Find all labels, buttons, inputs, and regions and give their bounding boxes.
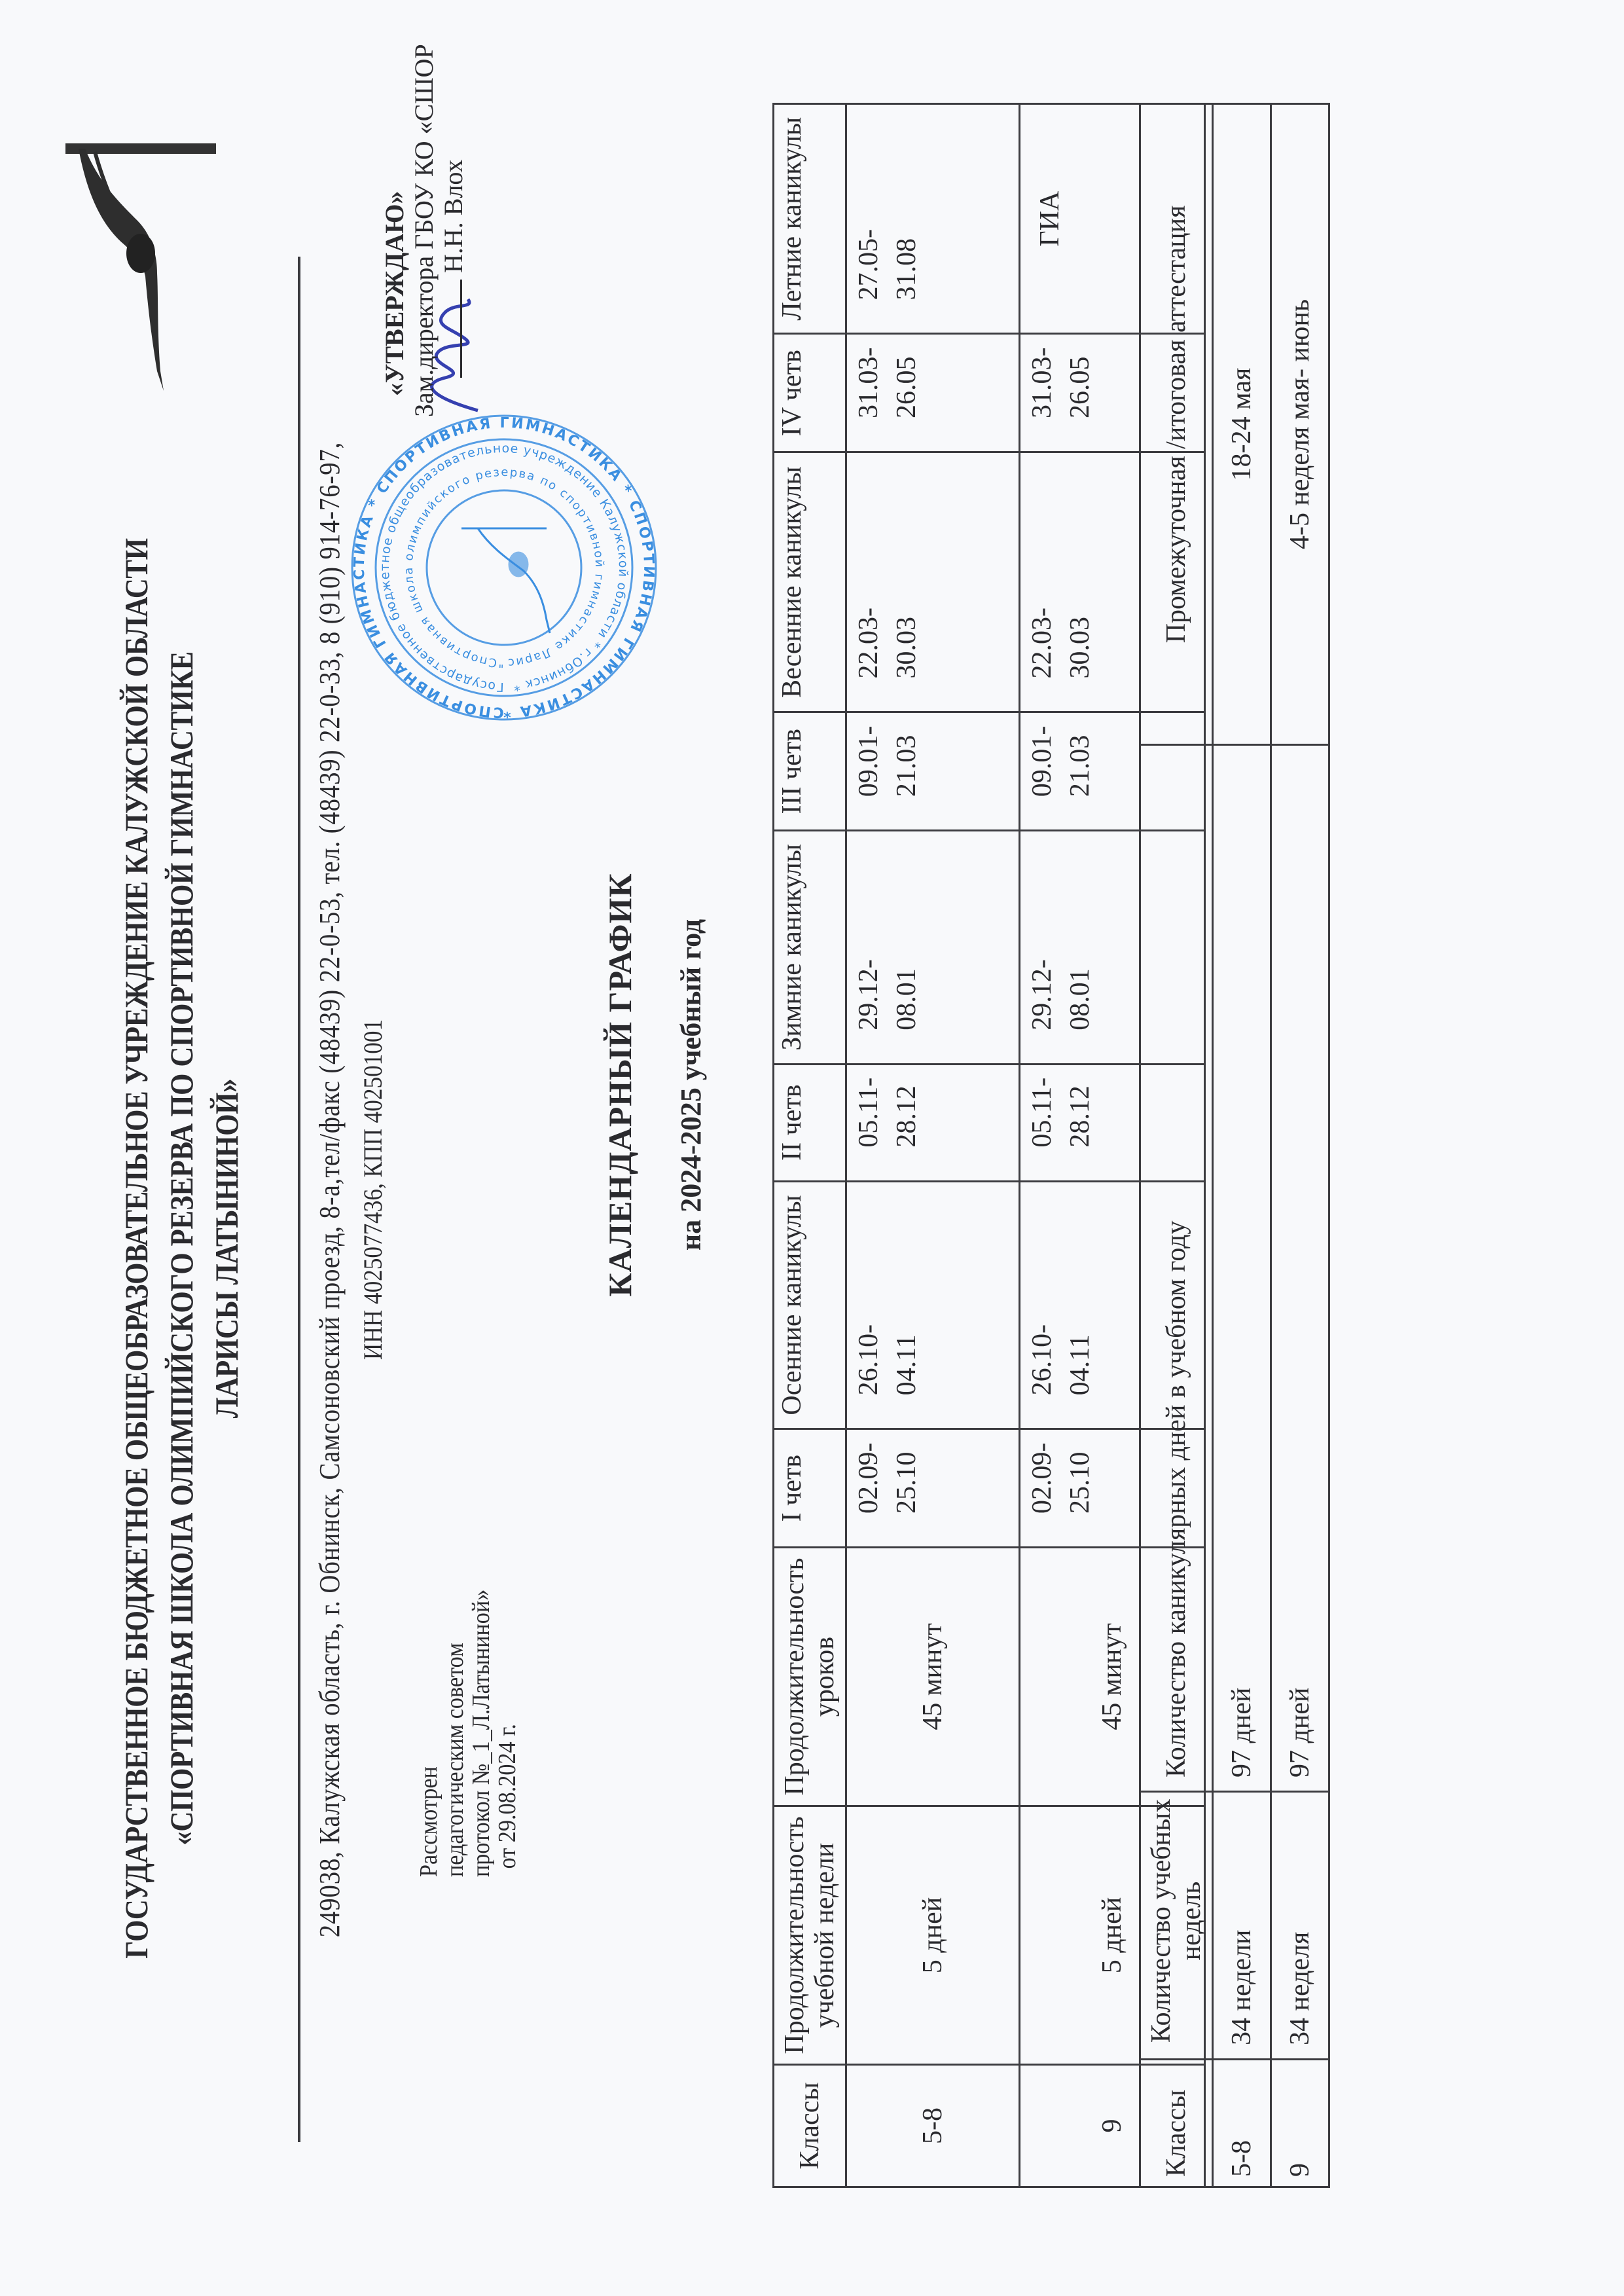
org-address: 249038, Калужская область, г. Обнинск, С… <box>313 354 346 2025</box>
q4-cell: 31.03-26.05 <box>846 334 1020 452</box>
review-line-1: Рассмотрен <box>416 1590 442 1877</box>
spring-holiday-cell: 22.03-30.03 <box>846 452 1020 712</box>
approval-block: «УТВЕРЖДАЮ» Зам.директора ГБОУ КО «СШОР … <box>380 0 468 417</box>
signature-line <box>460 280 462 378</box>
weeks-cell: 34 недели <box>1213 1792 1271 2060</box>
header-divider <box>298 257 300 2142</box>
document-title: КАЛЕНДАРНЫЙ ГРАФИК <box>601 823 639 1347</box>
document-subtitle: на 2024-2025 учебный год <box>674 823 708 1347</box>
summary-header-row: Классы Количество учебных недель Количес… <box>1140 104 1213 2187</box>
header-cell: I четв <box>774 1429 846 1548</box>
q1-cell: 02.09-25.10 <box>846 1429 1020 1548</box>
header-cell: II четв <box>774 1064 846 1181</box>
org-name-line-2: «СПОРТИВНАЯ ШКОЛА ОЛИМПИЙСКОГО РЕЗЕРВА П… <box>160 460 203 2037</box>
summer-holiday-cell: 27.05-31.08 <box>846 104 1020 334</box>
approval-position: Зам.директора ГБОУ КО «СШОР <box>409 0 439 417</box>
svg-text:СПОРТИВНАЯ ГИМНАСТИКА * СПОРТИ: СПОРТИВНАЯ ГИМНАСТИКА * СПОРТИВНАЯ ГИМНА… <box>352 415 657 720</box>
header-cell: Количество учебных недель <box>1140 1792 1213 2060</box>
schedule-header-row: Классы Продолжительность учебной недели … <box>774 104 846 2187</box>
header-cell: Промежуточная /итоговая аттестация <box>1140 104 1213 745</box>
approval-name: Н.Н. Влох <box>439 160 468 273</box>
week-length-cell: 5 дней <box>846 1806 1020 2065</box>
header-cell: Классы <box>774 2065 846 2187</box>
document-page: ГОСУДАРСТВЕННОЕ БЮДЖЕТНОЕ ОБЩЕОБРАЗОВАТЕ… <box>0 0 1624 2296</box>
classes-cell: 5-8 <box>1213 2060 1271 2187</box>
summary-table: Классы Количество учебных недель Количес… <box>1139 103 1330 2188</box>
header-cell: Классы <box>1140 2060 1213 2187</box>
attestation-cell: 18-24 мая <box>1213 104 1271 745</box>
table-row: 5-8 34 недели 97 дней 18-24 мая <box>1213 104 1271 2187</box>
q3-cell: 09.01-21.03 <box>846 712 1020 831</box>
attestation-cell: 4-5 неделя мая- июнь <box>1271 104 1329 745</box>
q2-cell: 05.11-28.12 <box>846 1064 1020 1181</box>
header-cell: Летние каникулы <box>774 104 846 334</box>
lesson-length-cell: 45 минут <box>846 1548 1020 1806</box>
header-cell: Весенние каникулы <box>774 452 846 712</box>
holidays-cell: 97 дней <box>1271 745 1329 1792</box>
review-block: Рассмотрен педагогическим советом проток… <box>416 1590 520 1877</box>
autumn-holiday-cell: 26.10-04.11 <box>846 1181 1020 1429</box>
review-line-2: педагогическим советом <box>442 1590 468 1877</box>
approval-title: «УТВЕРЖДАЮ» <box>380 0 409 417</box>
table-row: 5-8 5 дней 45 минут 02.09-25.10 26.10-04… <box>846 104 1020 2187</box>
header-cell: Продолжительность учебной недели <box>774 1806 846 2065</box>
review-line-3: протокол №_1_Л.Латыниной» <box>468 1590 494 1877</box>
review-date: от 29.08.2024 г. <box>494 1590 520 1877</box>
gymnast-on-bar-icon <box>59 122 275 397</box>
org-name-line-1: ГОСУДАРСТВЕННОЕ БЮДЖЕТНОЕ ОБЩЕОБРАЗОВАТЕ… <box>115 460 158 2037</box>
header-cell: Количество каникулярных дней в учебном г… <box>1140 745 1213 1792</box>
table-row: 9 34 неделя 97 дней 4-5 неделя мая- июнь <box>1271 104 1329 2187</box>
header-cell: III четв <box>774 712 846 831</box>
header-cell: Осенние каникулы <box>774 1181 846 1429</box>
winter-holiday-cell: 29.12-08.01 <box>846 831 1020 1065</box>
org-name-line-3: ЛАРИСЫ ЛАТЫНИНОЙ» <box>205 460 248 2037</box>
holidays-cell: 97 дней <box>1213 745 1271 1792</box>
classes-cell: 5-8 <box>846 2065 1020 2187</box>
weeks-cell: 34 неделя <box>1271 1792 1329 2060</box>
header-cell: IV четв <box>774 334 846 452</box>
classes-cell: 9 <box>1271 2060 1329 2187</box>
round-official-stamp-icon: СПОРТИВНАЯ ГИМНАСТИКА * СПОРТИВНАЯ ГИМНА… <box>347 410 661 725</box>
header-cell: Зимние каникулы <box>774 831 846 1065</box>
header-cell: Продолжительность уроков <box>774 1548 846 1806</box>
